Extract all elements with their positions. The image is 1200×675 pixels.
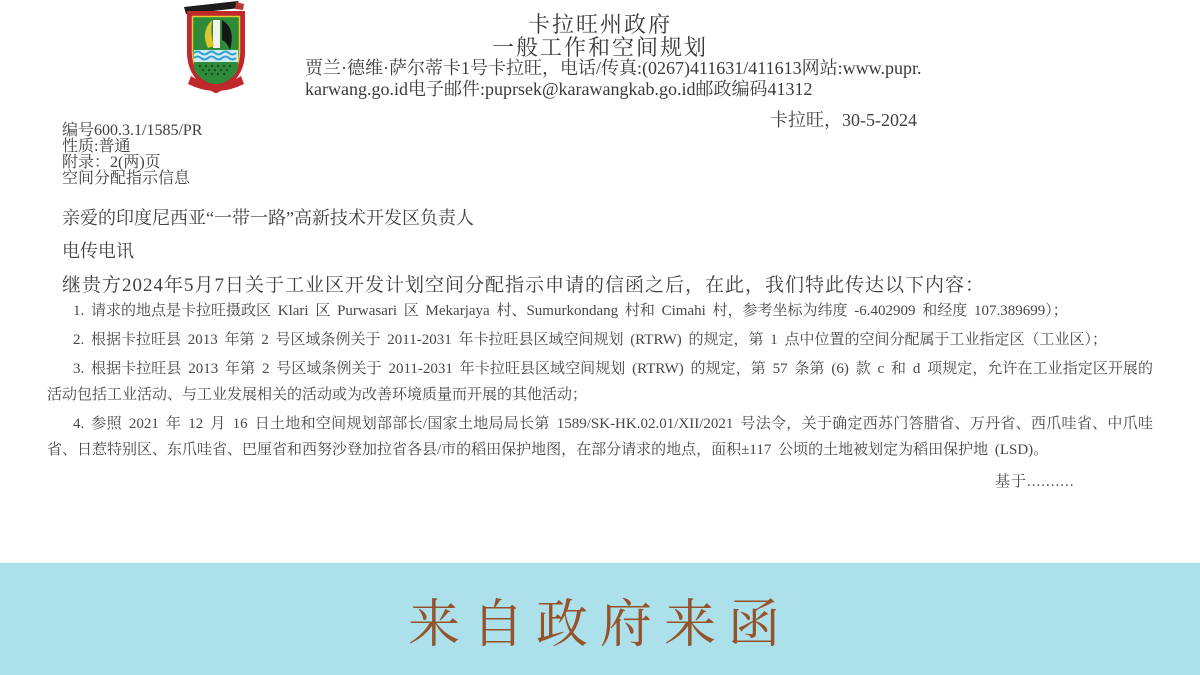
item-2: 2. 根据卡拉旺县 2013 年第 2 号区域条例关于 2011-2031 年卡… xyxy=(47,327,1153,353)
recipient-line: 亲爱的印度尼西亚“一带一路”高新技术开发区负责人 xyxy=(62,204,474,230)
item-3: 3. 根据卡拉旺县 2013 年第 2 号区域条例关于 2011-2031 年卡… xyxy=(47,356,1153,408)
item-4: 4. 参照 2021 年 12 月 16 日土地和空间规划部部长/国家土地局局长… xyxy=(47,411,1153,463)
place-and-date: 卡拉旺，30-5-2024 xyxy=(770,106,917,132)
letterhead-address-line2: karwang.go.id电子邮件:puprsek@karawangkab.go… xyxy=(305,75,813,101)
letter-subject: 空间分配指示信息 xyxy=(62,171,202,187)
numbered-items: 1. 请求的地点是卡拉旺摄政区 Klari 区 Purwasari 区 Meka… xyxy=(47,298,1153,466)
based-on-line: 基于.......... xyxy=(995,470,1075,491)
letter-nature: 性质:普通 xyxy=(62,139,202,155)
caption-banner-label: 来自政府来函 xyxy=(408,582,792,657)
slide: 卡拉旺州政府 一般工作和空间规划 贾兰·德维·萨尔蒂卡1号卡拉旺，电话/传真:(… xyxy=(0,0,1200,675)
reference-block: 编号600.3.1/1585/PR 性质:普通 附录：2(两)页 空间分配指示信… xyxy=(62,123,202,187)
letter-attachment: 附录：2(两)页 xyxy=(62,155,202,171)
item-1: 1. 请求的地点是卡拉旺摄政区 Klari 区 Purwasari 区 Meka… xyxy=(47,298,1153,324)
via-line: 电传电讯 xyxy=(62,237,134,263)
letter-number: 编号600.3.1/1585/PR xyxy=(62,123,202,139)
caption-banner: 来自政府来函 xyxy=(0,563,1200,675)
intro-paragraph: 继贵方2024年5月7日关于工业区开发计划空间分配指示申请的信函之后，在此，我们… xyxy=(62,270,985,297)
